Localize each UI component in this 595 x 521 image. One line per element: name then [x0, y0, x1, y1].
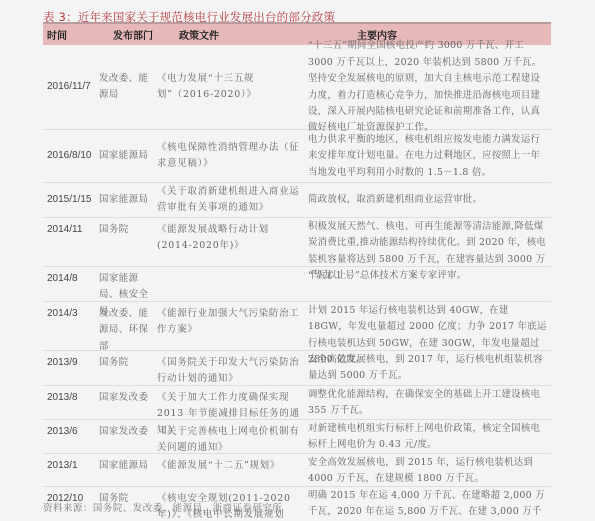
- source-note: 资料来源：国务院、发改委、能源局，浙商证券研究所: [43, 500, 282, 514]
- cell-document: 《关于取消新建机组进入商业运营审批有关事项的通知》: [155, 183, 302, 217]
- cell-department: 国家能源局: [99, 130, 155, 182]
- cell-content: “华龙 1 号”总体技术方案专家评审。: [302, 267, 551, 301]
- cell-content: 对新建核电机组实行标杆上网电价政策，核定全国核电标杆上网电价为 0.43 元/度…: [302, 420, 551, 453]
- table-row: 2016/11/7 发改委、能源局 《电力发展“十三五规划”（2016-2020…: [43, 45, 551, 130]
- cell-document: 《电力发展“十三五规划”（2016-2020）》: [155, 45, 302, 129]
- cell-document: 《能源发展“十二五”规划》: [155, 454, 302, 486]
- table-row: 2013/9 国务院 《国务院关于印发大气污染防治行动计划的通知》 安全高效发展…: [43, 351, 551, 386]
- cell-department: 国家能源局: [99, 454, 155, 486]
- cell-department: 发改委、能源局: [99, 45, 155, 129]
- cell-date: 2013/6: [43, 420, 99, 453]
- policy-table: 时间 发布部门 政策文件 主要内容 2016/11/7 发改委、能源局 《电力发…: [43, 22, 551, 521]
- cell-date: 2015/1/15: [43, 183, 99, 217]
- cell-content: 简政放权，取消新建机组商业运营审批。: [302, 183, 551, 217]
- table-row: 2015/1/15 国家能源局 《关于取消新建机组进入商业运营审批有关事项的通知…: [43, 183, 551, 218]
- cell-department: 国务院: [99, 218, 155, 266]
- cell-date: 2013/9: [43, 351, 99, 385]
- cell-department: 国务院: [99, 351, 155, 385]
- cell-document: 《关于加大工作力度确保实现 2013 年节能减排目标任务的通知》: [155, 386, 302, 419]
- header-date: 时间: [43, 27, 99, 42]
- table-row: 2014/8 国家能源局、核安全局 “华龙 1 号”总体技术方案专家评审。: [43, 267, 551, 302]
- table-row: 2013/1 国家能源局 《能源发展“十二五”规划》 安全高效发展核电，到 20…: [43, 454, 551, 487]
- table-row: 2013/8 国家发改委 《关于加大工作力度确保实现 2013 年节能减排目标任…: [43, 386, 551, 420]
- cell-document: 《国务院关于印发大气污染防治行动计划的通知》: [155, 351, 302, 385]
- header-department: 发布部门: [99, 27, 171, 42]
- cell-date: 2016/8/10: [43, 130, 99, 182]
- cell-content: “十三五”期间全国核电投产约 3000 万千瓦、开工 3000 万千瓦以上，20…: [302, 45, 551, 129]
- cell-content: 电力供求平衡的地区，核电机组应按发电能力满发运行来安排年度计划电量。在电力过剩地…: [302, 130, 551, 182]
- cell-content: 明确 2015 年在运 4,000 万千瓦、在建略超 2,000 万千瓦，202…: [302, 487, 551, 521]
- cell-content: 计划 2015 年运行核电装机达到 40GW，在建 18GW，年发电量超过 20…: [302, 302, 551, 350]
- cell-document: 《能源发展战略行动计划(2014-2020年)》: [155, 218, 302, 266]
- cell-department: 发改委、能源局、环保部: [99, 302, 155, 350]
- cell-date: 2013/8: [43, 386, 99, 419]
- cell-document: 《能源行业加强大气污染防治工作方案》: [155, 302, 302, 350]
- table-row: 2014/11 国务院 《能源发展战略行动计划(2014-2020年)》 积极发…: [43, 218, 551, 267]
- table-row: 2014/3 发改委、能源局、环保部 《能源行业加强大气污染防治工作方案》 计划…: [43, 302, 551, 351]
- cell-department: 国家发改委: [99, 420, 155, 453]
- cell-date: 2014/3: [43, 302, 99, 350]
- cell-department: 国家能源局: [99, 183, 155, 217]
- cell-document: [155, 267, 302, 301]
- cell-date: 2014/11: [43, 218, 99, 266]
- cell-date: 2013/1: [43, 454, 99, 486]
- cell-document: 《核电保障性消纳管理办法（征求意见稿）》: [155, 130, 302, 182]
- cell-department: 国家能源局、核安全局: [99, 267, 155, 301]
- cell-date: 2014/8: [43, 267, 99, 301]
- cell-content: 积极发展天然气、核电、可再生能源等清洁能源,降低煤炭消费比重,推动能源结构持续优…: [302, 218, 551, 266]
- cell-date: 2016/11/7: [43, 45, 99, 129]
- document-page: 表 3：近年来国家关于规范核电行业发展出台的部分政策 时间 发布部门 政策文件 …: [0, 0, 595, 521]
- header-document: 政策文件: [171, 27, 319, 42]
- cell-content: 调整优化能源结构，在确保安全的基础上开工建设核电 355 万千瓦。: [302, 386, 551, 419]
- cell-content: 安全高效发展核电，到 2017 年，运行核电机组装机容量达到 5000 万千瓦。: [302, 351, 551, 385]
- cell-document: 《关于完善核电上网电价机制有关问题的通知》: [155, 420, 302, 453]
- table-row: 2016/8/10 国家能源局 《核电保障性消纳管理办法（征求意见稿）》 电力供…: [43, 130, 551, 183]
- cell-content: 安全高效发展核电，到 2015 年，运行核电装机达到 4000 万千瓦，在建规模…: [302, 454, 551, 486]
- table-row: 2013/6 国家发改委 《关于完善核电上网电价机制有关问题的通知》 对新建核电…: [43, 420, 551, 454]
- cell-department: 国家发改委: [99, 386, 155, 419]
